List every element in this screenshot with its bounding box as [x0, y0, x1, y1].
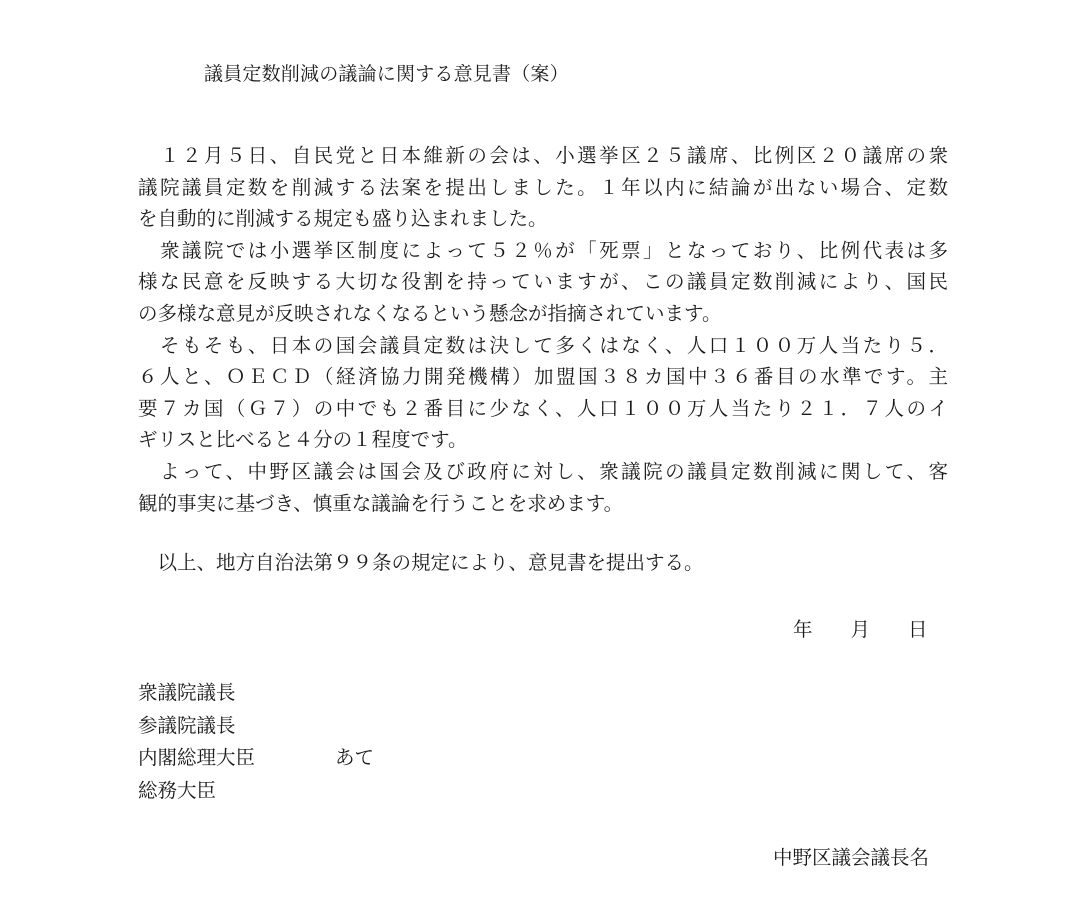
document-body: １２月５日、自民党と日本維新の会は、小選挙区２５議席、比例区２０議席の衆 議院議…: [138, 140, 948, 519]
date-month-label: 月: [851, 614, 871, 642]
body-line: 衆議院では小選挙区制度によって５２％が「死票」となっており、比例代表は多: [138, 235, 948, 267]
document-title: 議員定数削減の議論に関する意見書（案）: [204, 59, 569, 86]
date-line: 年月日: [793, 614, 928, 642]
body-line: ６人と、ＯＥＣＤ（経済協力開発機構）加盟国３８カ国中３６番目の水準です。主: [138, 361, 948, 393]
body-line: 観的事実に基づき、慎重な議論を行うことを求めます。: [138, 488, 948, 520]
addressee-item: 内閣総理大臣: [138, 742, 255, 775]
addressee-item: 総務大臣: [138, 775, 255, 808]
body-line: そもそも、日本の国会議員定数は決して多くはなく、人口１００万人当たり５．: [138, 330, 948, 362]
date-day-label: 日: [908, 614, 928, 642]
addressee-item: 衆議院議長: [138, 677, 255, 710]
body-line: の多様な意見が反映されなくなるという懸念が指摘されています。: [138, 298, 948, 330]
date-year-label: 年: [793, 614, 813, 642]
body-line: 議院議員定数を削減する法案を提出しました。１年以内に結論が出ない場合、定数: [138, 172, 948, 204]
body-line: よって、中野区議会は国会及び政府に対し、衆議院の議員定数削減に関して、客: [138, 456, 948, 488]
body-line: ギリスと比べると４分の１程度です。: [138, 424, 948, 456]
addressee-suffix: あて: [335, 742, 374, 775]
body-line: １２月５日、自民党と日本維新の会は、小選挙区２５議席、比例区２０議席の衆: [138, 140, 948, 172]
document-page: 議員定数削減の議論に関する意見書（案） １２月５日、自民党と日本維新の会は、小選…: [0, 0, 1080, 917]
body-line: 様な民意を反映する大切な役割を持っていますが、この議員定数削減により、国民: [138, 266, 948, 298]
addressee-list: 衆議院議長 参議院議長 内閣総理大臣 総務大臣: [138, 677, 255, 807]
addressee-item: 参議院議長: [138, 710, 255, 743]
body-line: を自動的に削減する規定も盛り込まれました。: [138, 203, 948, 235]
signature: 中野区議会議長名: [773, 842, 929, 870]
closing-statement: 以上、地方自治法第９９条の規定により、意見書を提出する。: [138, 547, 704, 575]
body-line: 要７カ国（Ｇ７）の中でも２番目に少なく、人口１００万人当たり２１．７人のイ: [138, 393, 948, 425]
